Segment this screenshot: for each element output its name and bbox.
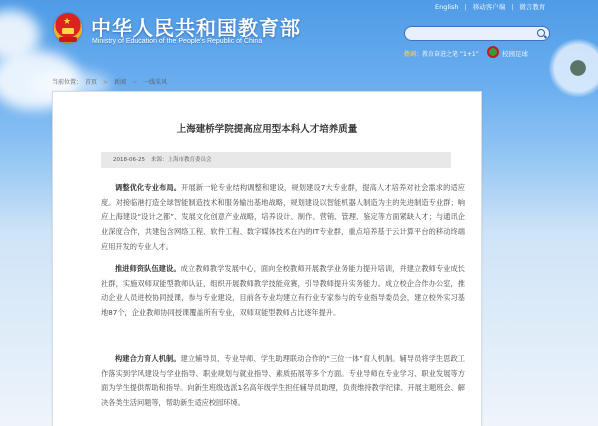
top-links: English|移动客户端|微言教育	[432, 2, 548, 11]
breadcrumb: 当前位置：首页>新闻>一线采风	[52, 77, 170, 86]
hot-link[interactable]: 教育奋进之笔 “1+1”	[422, 51, 479, 58]
article-meta: 2018-06-25来源：上海市教育委员会	[101, 152, 451, 168]
breadcrumb-separator: >	[132, 79, 137, 86]
breadcrumb-home[interactable]: 首页	[85, 79, 97, 86]
breadcrumb-news[interactable]: 新闻	[114, 79, 126, 86]
article-date: 2018-06-25	[113, 157, 145, 163]
link-english[interactable]: English	[435, 3, 458, 11]
site-subtitle: Ministry of Education of the People's Re…	[92, 38, 262, 45]
campus-football-icon[interactable]	[487, 46, 499, 58]
breadcrumb-separator: >	[103, 79, 108, 86]
search-icon[interactable]	[537, 29, 545, 37]
paragraph-lead: 调整优化专业布局。	[115, 183, 181, 192]
paragraph-lead: 推进师资队伍建设。	[115, 264, 181, 273]
search-box	[404, 26, 550, 41]
campus-football-link[interactable]: 校园足球	[502, 49, 528, 58]
article-container: 上海建桥学院提高应用型本科人才培养质量 2018-06-25来源：上海市教育委员…	[52, 91, 482, 426]
article-source: 来源：上海市教育委员会	[151, 157, 212, 163]
breadcrumb-frontline[interactable]: 一线采风	[143, 79, 167, 86]
site-header: ★ 中华人民共和国教育部 Ministry of Education of th…	[0, 0, 598, 70]
paragraph-text: 开展新一轮专业结构调整和建设，规划建设7大专业群，提高人才培养对社会需求的适应度…	[101, 183, 465, 251]
article-title: 上海建桥学院提高应用型本科人才培养质量	[53, 121, 481, 135]
hot-words: 热词：教育奋进之笔 “1+1”	[404, 49, 479, 58]
national-emblem-icon[interactable]: ★	[54, 13, 82, 43]
paragraph-lead: 构建合力育人机制。	[115, 354, 181, 363]
article-paragraph: 调整优化专业布局。开展新一轮专业结构调整和建设，规划建设7大专业群，提高人才培养…	[101, 181, 465, 255]
article-paragraph: 推进师资队伍建设。成立教师教学发展中心，面向全校教师开展教学业务能力提升培训，并…	[101, 262, 465, 321]
link-weiyan-education[interactable]: 微言教育	[519, 3, 545, 11]
site-title[interactable]: 中华人民共和国教育部	[91, 12, 301, 41]
search-input[interactable]	[411, 27, 531, 40]
dandelion-decoration	[548, 38, 598, 98]
article-paragraph: 构建合力育人机制。建立辅导员、专业导师、学生助理联动合作的“三位一体”育人机制。…	[101, 352, 465, 411]
link-mobile-client[interactable]: 移动客户端	[473, 3, 506, 11]
breadcrumb-label: 当前位置：	[52, 79, 82, 86]
hot-label: 热词：	[404, 51, 422, 58]
